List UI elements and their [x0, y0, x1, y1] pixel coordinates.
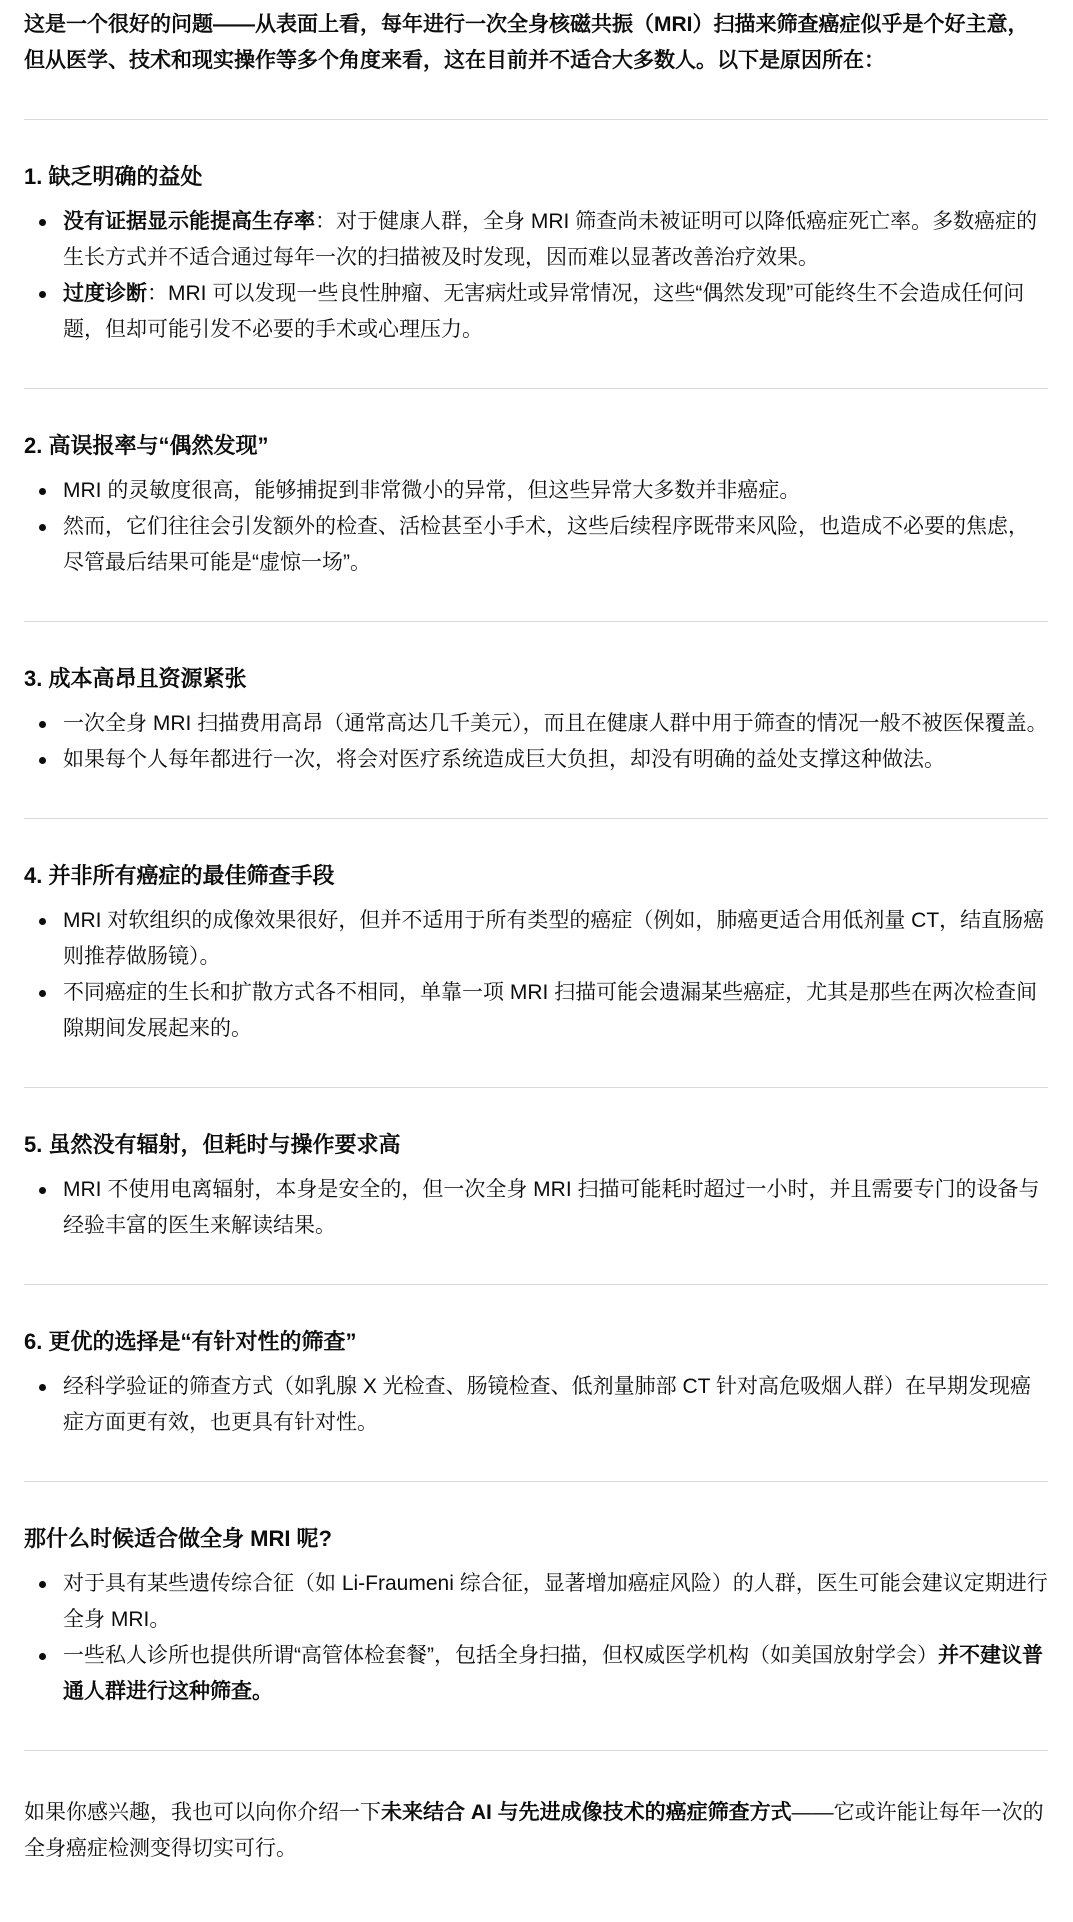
- section-divider: [24, 1481, 1048, 1482]
- closing-paragraph: 如果你感兴趣，我也可以向你介绍一下未来结合 AI 与先进成像技术的癌症筛查方式—…: [24, 1795, 1048, 1867]
- section-divider: [24, 388, 1048, 389]
- list-item: MRI 不使用电离辐射，本身是安全的，但一次全身 MRI 扫描可能耗时超过一小时…: [24, 1172, 1048, 1244]
- document: 这是一个很好的问题——从表面上看，每年进行一次全身核磁共振（MRI）扫描来筛查癌…: [0, 0, 1073, 1887]
- section-divider: [24, 1750, 1048, 1751]
- section-divider: [24, 1284, 1048, 1285]
- section-3: 3. 成本高昂且资源紧张 一次全身 MRI 扫描费用高昂（通常高达几千美元），而…: [24, 661, 1048, 778]
- bullet-list: MRI 的灵敏度很高，能够捕捉到非常微小的异常，但这些异常大多数并非癌症。 然而…: [24, 473, 1048, 581]
- section-6: 6. 更优的选择是“有针对性的筛查” 经科学验证的筛查方式（如乳腺 X 光检查、…: [24, 1324, 1048, 1441]
- list-item: 经科学验证的筛查方式（如乳腺 X 光检查、肠镜检查、低剂量肺部 CT 针对高危吸…: [24, 1369, 1048, 1441]
- bullet-list: 一次全身 MRI 扫描费用高昂（通常高达几千美元），而且在健康人群中用于筛查的情…: [24, 706, 1048, 778]
- section-4: 4. 并非所有癌症的最佳筛查手段 MRI 对软组织的成像效果很好，但并不适用于所…: [24, 858, 1048, 1047]
- bullet-list: 经科学验证的筛查方式（如乳腺 X 光检查、肠镜检查、低剂量肺部 CT 针对高危吸…: [24, 1369, 1048, 1441]
- bullet-list: MRI 对软组织的成像效果很好，但并不适用于所有类型的癌症（例如，肺癌更适合用低…: [24, 903, 1048, 1047]
- list-item: MRI 的灵敏度很高，能够捕捉到非常微小的异常，但这些异常大多数并非癌症。: [24, 473, 1048, 509]
- section-5: 5. 虽然没有辐射，但耗时与操作要求高 MRI 不使用电离辐射，本身是安全的，但…: [24, 1127, 1048, 1244]
- list-item: 没有证据显示能提高生存率：对于健康人群，全身 MRI 筛查尚未被证明可以降低癌症…: [24, 204, 1048, 276]
- section-2: 2. 高误报率与“偶然发现” MRI 的灵敏度很高，能够捕捉到非常微小的异常，但…: [24, 428, 1048, 581]
- section-heading: 6. 更优的选择是“有针对性的筛查”: [24, 1324, 1048, 1360]
- section-heading: 4. 并非所有癌症的最佳筛查手段: [24, 858, 1048, 894]
- section-divider: [24, 1087, 1048, 1088]
- section-divider: [24, 119, 1048, 120]
- list-item: 不同癌症的生长和扩散方式各不相同，单靠一项 MRI 扫描可能会遗漏某些癌症，尤其…: [24, 975, 1048, 1047]
- list-item: MRI 对软组织的成像效果很好，但并不适用于所有类型的癌症（例如，肺癌更适合用低…: [24, 903, 1048, 975]
- section-heading: 那什么时候适合做全身 MRI 呢?: [24, 1521, 1048, 1557]
- list-item: 过度诊断：MRI 可以发现一些良性肿瘤、无害病灶或异常情况，这些“偶然发现”可能…: [24, 276, 1048, 348]
- bullet-list: 没有证据显示能提高生存率：对于健康人群，全身 MRI 筛查尚未被证明可以降低癌症…: [24, 204, 1048, 348]
- bullet-list: MRI 不使用电离辐射，本身是安全的，但一次全身 MRI 扫描可能耗时超过一小时…: [24, 1172, 1048, 1244]
- section-divider: [24, 818, 1048, 819]
- section-heading: 3. 成本高昂且资源紧张: [24, 661, 1048, 697]
- section-1: 1. 缺乏明确的益处 没有证据显示能提高生存率：对于健康人群，全身 MRI 筛查…: [24, 159, 1048, 348]
- section-heading: 2. 高误报率与“偶然发现”: [24, 428, 1048, 464]
- bullet-list: 对于具有某些遗传综合征（如 Li-Fraumeni 综合征，显著增加癌症风险）的…: [24, 1566, 1048, 1710]
- list-item: 一次全身 MRI 扫描费用高昂（通常高达几千美元），而且在健康人群中用于筛查的情…: [24, 706, 1048, 742]
- list-item: 对于具有某些遗传综合征（如 Li-Fraumeni 综合征，显著增加癌症风险）的…: [24, 1566, 1048, 1638]
- list-item: 如果每个人每年都进行一次，将会对医疗系统造成巨大负担，却没有明确的益处支撑这种做…: [24, 742, 1048, 778]
- section-divider: [24, 621, 1048, 622]
- list-item: 一些私人诊所也提供所谓“高管体检套餐”，包括全身扫描，但权威医学机构（如美国放射…: [24, 1638, 1048, 1710]
- section-heading: 1. 缺乏明确的益处: [24, 159, 1048, 195]
- section-heading: 5. 虽然没有辐射，但耗时与操作要求高: [24, 1127, 1048, 1163]
- list-item: 然而，它们往往会引发额外的检查、活检甚至小手术，这些后续程序既带来风险，也造成不…: [24, 509, 1048, 581]
- section-when-appropriate: 那什么时候适合做全身 MRI 呢? 对于具有某些遗传综合征（如 Li-Fraum…: [24, 1521, 1048, 1710]
- intro-paragraph: 这是一个很好的问题——从表面上看，每年进行一次全身核磁共振（MRI）扫描来筛查癌…: [24, 7, 1048, 79]
